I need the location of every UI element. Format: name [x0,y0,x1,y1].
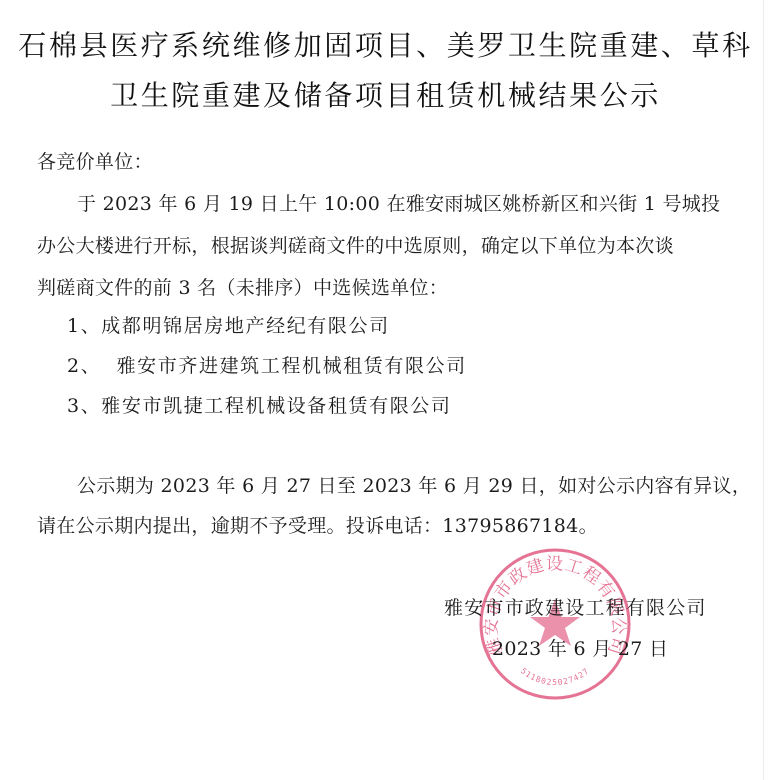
greeting: 各竞价单位： [37,150,153,174]
candidate-list-item: 2、 雅安市齐进建筑工程机械租赁有限公司 [67,354,467,378]
candidate-index: 1、 [67,315,101,337]
signature-company: 雅安市市政建设工程有限公司 [444,596,707,620]
document-title-line-2: 卫生院重建及储备项目租赁机械结果公示 [0,80,771,112]
page-edge [763,0,764,780]
notice-line-1: 公示期为 2023 年 6 月 27 日至 2023 年 6 月 29 日，如对… [77,474,751,498]
candidate-name: 雅安市齐进建筑工程机械租赁有限公司 [117,355,467,377]
document-title-line-1: 石棉县医疗系统维修加固项目、美罗卫生院重建、草科 [0,30,771,62]
notice-line-2: 请在公示期内提出，逾期不予受理。投诉电话：13795867184。 [37,514,598,538]
signature-date: 2023 年 6 月 27 日 [492,637,668,661]
stamp-code: 5118025027427 [519,666,591,687]
company-seal-stamp: 雅安市市政建设工程有限公司 5118025027427 [478,547,632,701]
candidate-list-item: 1、成都明锦居房地产经纪有限公司 [67,314,390,338]
candidate-list-item: 3、雅安市凯捷工程机械设备租赁有限公司 [67,394,452,418]
body-paragraph-line-3: 判磋商文件的前 3 名（未排序）中选候选单位： [37,276,448,300]
candidate-name: 成都明锦居房地产经纪有限公司 [101,315,389,337]
body-paragraph-line-2: 办公大楼进行开标，根据谈判磋商文件的中选原则，确定以下单位为本次谈 [37,234,674,258]
candidate-index: 2、 [67,355,101,377]
body-paragraph-line-1: 于 2023 年 6 月 19 日上午 10:00 在雅安雨城区姚桥新区和兴街 … [77,192,720,216]
candidate-index: 3、 [67,395,101,417]
candidate-name: 雅安市凯捷工程机械设备租赁有限公司 [101,395,451,417]
